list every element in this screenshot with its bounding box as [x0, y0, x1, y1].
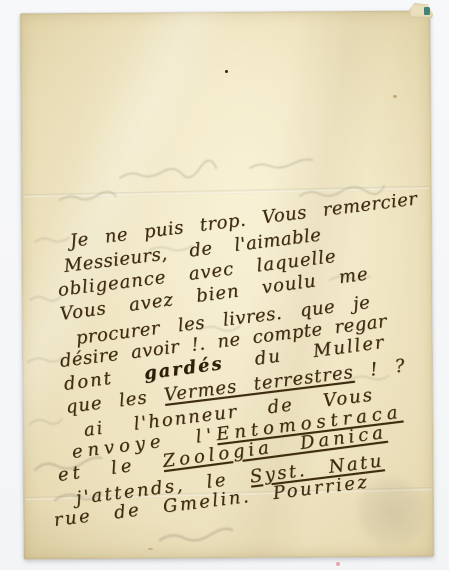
- ink-speck: [225, 70, 228, 73]
- corner-tab: [409, 3, 433, 18]
- pink-speck: [336, 562, 340, 566]
- water-stain: [355, 473, 428, 552]
- fold-crease-upper: [23, 186, 429, 199]
- ink-speck: [393, 95, 397, 98]
- letter-paper: [20, 11, 434, 560]
- ink-speck: [148, 548, 153, 550]
- corner-tab-mark: [424, 7, 430, 15]
- scan-background: Je ne puis trop. Vous remercierMessieurs…: [0, 0, 449, 570]
